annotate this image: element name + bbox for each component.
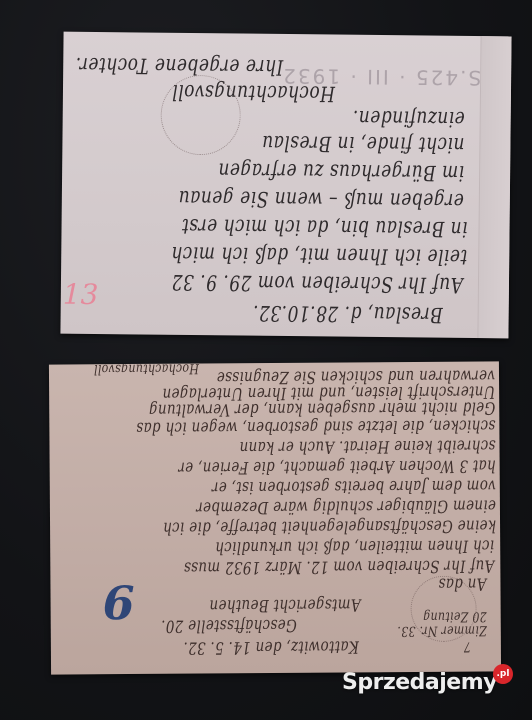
postcard-top: Breslau, d. 28.10.32. Auf Ihr Schreiben … [60,32,511,339]
pencil-annotation: S.425 · III · 1932 [281,64,481,90]
postcard-bottom: Kattowitz, den 14. 5. 32. An das Amtsger… [49,361,501,674]
handwritten-line: Hochachtungsvoll [94,361,199,377]
faint-postmark [160,75,241,156]
watermark-text: Sprzedajemy [342,670,497,695]
handwritten-line: Kattowitz, den 14. 5. 32. [183,636,359,657]
handwritten-line: im Bürgerhaus zu erfragen [218,157,464,185]
handwritten-line: einem Gläubiger schuldig wäre Dezember [196,495,496,517]
handwritten-line: ergeben muß – wenn Sie genau [178,185,464,213]
handwritten-line: Auf Ihr Schreiben vom 12. März 1932 muss [184,555,495,577]
blue-crayon-number: 6 [102,576,134,630]
postcard-top-upside-down-content: Breslau, d. 28.10.32. Auf Ihr Schreiben … [60,32,511,339]
watermark-pl-badge: .pl [493,664,513,684]
handwritten-line: Breslau, d. 28.10.32. [253,300,443,327]
handwritten-line: ich Ihnen mitteilen, daß ich urkundlich [215,535,494,557]
handwritten-line: teile ich Ihnen mit, daß ich mich [171,241,468,269]
handwritten-line: Ihre ergebene Tochter. [75,52,283,79]
address-line: 7 [464,639,471,655]
handwritten-line: in Breslau bin, da ich mich erst [181,213,467,241]
faint-postmark [410,576,476,642]
red-pencil-mark: 13 [63,278,99,311]
handwritten-line: keine Geschäftsangelegenheit betreffe, d… [163,515,496,537]
handwritten-line: Auf Ihr Schreiben vom 29. 9. 32 [171,269,463,297]
handwritten-line: hat 3 Wochen Arbeit gemacht, die Ferien,… [178,455,496,477]
handwritten-line: verwahren und schicken Sie Zeugnisse [216,365,495,387]
handwritten-line: einzufinden. [352,105,465,131]
handwritten-line: schreibt keine Heirat. Auch er kann [239,435,495,457]
address-line: Geschäftsstelle 20. [161,615,297,636]
handwritten-line: nicht finde, in Breslau [262,130,465,157]
sprzedajemy-watermark: Sprzedajemy .pl [342,670,513,695]
address-line: Amtsgericht Beuthen [209,594,361,615]
handwritten-line: vom dem Jahre bereits gestorben ist, er [212,475,496,497]
